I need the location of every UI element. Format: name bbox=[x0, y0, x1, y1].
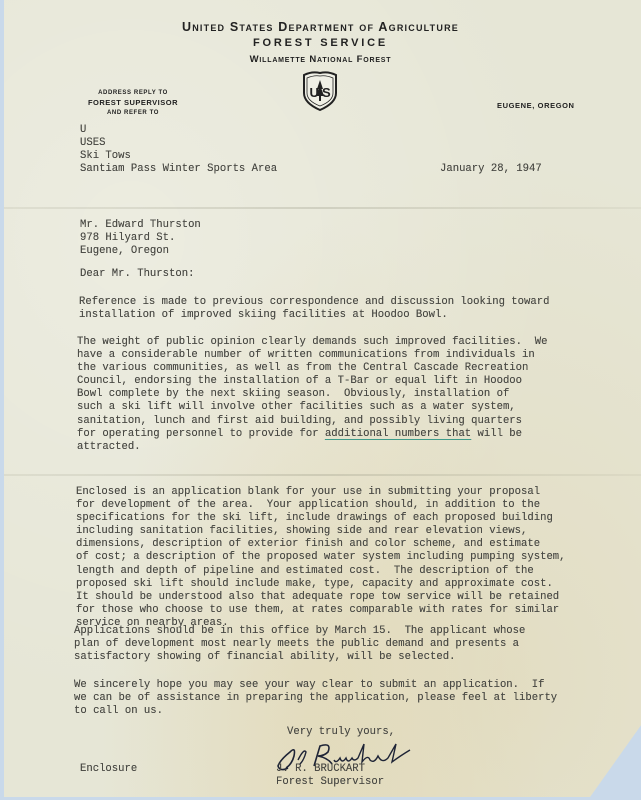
text-line: plan of development most nearly meets th… bbox=[74, 638, 525, 651]
text-line: Enclosed is an application blank for you… bbox=[76, 486, 566, 499]
letterhead-service: Forest Service bbox=[0, 37, 641, 49]
recipient-street: 978 Hilyard St. bbox=[80, 232, 201, 245]
recipient-address: Mr. Edward Thurston978 Hilyard St.Eugene… bbox=[80, 219, 201, 258]
text-line: the various communities, as well as from… bbox=[77, 362, 547, 375]
text-fragment: will be bbox=[471, 428, 522, 440]
letterhead-forest: Willamette National Forest bbox=[0, 54, 641, 65]
text-line: such a ski lift will involve other facil… bbox=[77, 401, 547, 414]
text-line: It should be understood also that adequa… bbox=[76, 591, 566, 604]
text-line: Bowl complete by the next skiing season.… bbox=[77, 388, 547, 401]
text-line: attracted. bbox=[77, 441, 547, 454]
paragraph-2: The weight of public opinion clearly dem… bbox=[77, 336, 547, 454]
svg-text:S: S bbox=[322, 85, 331, 100]
reference-line: U bbox=[80, 124, 277, 137]
enclosure-note: Enclosure bbox=[80, 763, 137, 776]
reply-instructions: ADDRESS REPLY TO FOREST SUPERVISOR AND R… bbox=[78, 88, 188, 118]
letterhead-location: EUGENE, OREGON bbox=[497, 101, 575, 110]
text-line: Applications should be in this office by… bbox=[74, 625, 525, 638]
text-line: specifications for the ski lift, include… bbox=[76, 512, 566, 525]
paragraph-5: We sincerely hope you may see your way c… bbox=[74, 679, 557, 718]
text-line: We sincerely hope you may see your way c… bbox=[74, 679, 557, 692]
paragraph-4: Applications should be in this office by… bbox=[74, 625, 525, 664]
underlined-text: additional numbers that bbox=[325, 428, 471, 440]
paper-fold bbox=[4, 207, 641, 209]
salutation: Dear Mr. Thurston: bbox=[80, 268, 194, 281]
text-line: to call on us. bbox=[74, 705, 557, 718]
text-line: we can be of assistance in preparing the… bbox=[74, 692, 557, 705]
signatory-title: Forest Supervisor bbox=[276, 776, 384, 789]
text-line: length and depth of pipeline and estimat… bbox=[76, 565, 566, 578]
text-line: sanitation, lunch and first aid building… bbox=[77, 415, 547, 428]
forest-service-shield-icon: U S bbox=[300, 69, 340, 111]
reply-line-1: ADDRESS REPLY TO bbox=[78, 88, 188, 98]
paragraph-1: Reference is made to previous correspond… bbox=[79, 296, 549, 322]
text-fragment: for operating personnel to provide for bbox=[77, 428, 325, 440]
text-line: Council, endorsing the installation of a… bbox=[77, 375, 547, 388]
reference-block: UUSESSki TowsSantiam Pass Winter Sports … bbox=[80, 124, 277, 176]
paragraph-3: Enclosed is an application blank for you… bbox=[76, 486, 566, 630]
paper-fold bbox=[4, 474, 641, 476]
recipient-city: Eugene, Oregon bbox=[80, 245, 201, 258]
reply-line-3: AND REFER TO bbox=[78, 108, 188, 118]
text-line: including sanitation facilities, showing… bbox=[76, 525, 566, 538]
recipient-name: Mr. Edward Thurston bbox=[80, 219, 201, 232]
signatory-name: J. R. BRUCKART bbox=[276, 763, 384, 776]
text-line: proposed ski lift should include make, t… bbox=[76, 578, 566, 591]
text-line: for operating personnel to provide for a… bbox=[77, 428, 547, 441]
text-line: Reference is made to previous correspond… bbox=[79, 296, 549, 309]
reference-line: Ski Tows bbox=[80, 150, 277, 163]
text-line: installation of improved skiing faciliti… bbox=[79, 309, 549, 322]
reference-line: Santiam Pass Winter Sports Area bbox=[80, 163, 277, 176]
signatory: J. R. BRUCKARTForest Supervisor bbox=[276, 763, 384, 789]
text-line: for development of the area. Your applic… bbox=[76, 499, 566, 512]
reference-line: USES bbox=[80, 137, 277, 150]
reply-line-2: FOREST SUPERVISOR bbox=[78, 98, 188, 108]
text-line: satisfactory showing of financial abilit… bbox=[74, 651, 525, 664]
letter-date: January 28, 1947 bbox=[440, 163, 542, 176]
letterhead-department: United States Department of Agriculture bbox=[0, 20, 641, 34]
text-line: of cost; a description of the proposed w… bbox=[76, 551, 566, 564]
text-line: dimensions, description of exterior fini… bbox=[76, 538, 566, 551]
text-line: for those who choose to use them, at rat… bbox=[76, 604, 566, 617]
text-line: have a considerable number of written co… bbox=[77, 349, 547, 362]
text-line: The weight of public opinion clearly dem… bbox=[77, 336, 547, 349]
